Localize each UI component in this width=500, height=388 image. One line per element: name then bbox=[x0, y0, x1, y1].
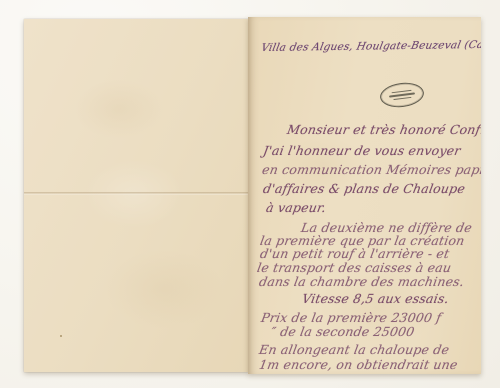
handwritten-line: à vapeur. bbox=[265, 200, 327, 215]
handwritten-line: Vitesse 8,5 aux essais. bbox=[301, 291, 450, 306]
paper-stain bbox=[104, 249, 224, 329]
handwritten-line: d'affaires & plans de Chaloupe bbox=[262, 181, 466, 196]
scanned-letter: Villa des Algues, Houlgate-Beuzeval (Cal… bbox=[0, 0, 500, 388]
stamp-line bbox=[393, 97, 411, 101]
handwritten-line: Monsieur et très honoré Confrère, bbox=[286, 122, 481, 137]
handwritten-line: d'un petit rouf à l'arrière - et bbox=[259, 246, 451, 261]
oval-ink-stamp-icon bbox=[379, 80, 426, 109]
handwritten-line: J'ai l'honneur de vous envoyer bbox=[262, 143, 462, 158]
letter-heading: Villa des Algues, Houlgate-Beuzeval (Cal… bbox=[260, 38, 481, 54]
handwritten-line: le transport des caisses à eau bbox=[256, 260, 453, 275]
letter-page-right: Villa des Algues, Houlgate-Beuzeval (Cal… bbox=[248, 17, 481, 374]
handwritten-line: 1m encore, on obtiendrait une bbox=[258, 357, 459, 372]
letter-page-left bbox=[24, 19, 249, 372]
handwritten-line: dans la chambre des machines. bbox=[258, 274, 465, 289]
handwritten-line: Prix de la première 23000 f bbox=[260, 310, 443, 325]
fold-crease bbox=[24, 192, 248, 195]
handwritten-line: En allongeant la chaloupe de bbox=[258, 342, 451, 357]
handwritten-line: ″ de la seconde 25000 bbox=[270, 324, 416, 339]
paper-stain bbox=[74, 79, 164, 139]
handwritten-line: en communication Mémoires papiers bbox=[261, 162, 481, 177]
paper-speck bbox=[60, 335, 62, 337]
